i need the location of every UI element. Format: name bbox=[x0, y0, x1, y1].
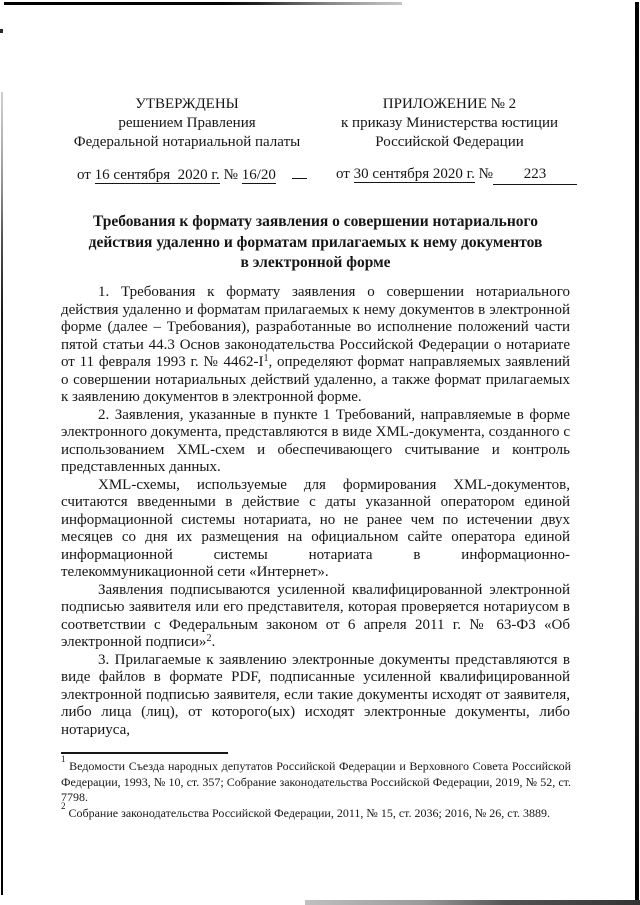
paragraph: 1. Требования к формату заявления о сове… bbox=[61, 284, 570, 407]
date-value-underlined: 30 сентября 2020 г. bbox=[354, 166, 475, 183]
footnote-text: Ведомости Съезда народных депутатов Росс… bbox=[61, 759, 571, 804]
document-page: УТВЕРЖДЕНЫ решением Правления Федерально… bbox=[0, 0, 640, 905]
paragraph: 3. Прилагаемые к заявлению электронные д… bbox=[61, 652, 570, 740]
approval-block: УТВЕРЖДЕНЫ решением Правления Федерально… bbox=[61, 95, 313, 185]
paragraph: 2. Заявления, указанные в пункте 1 Требо… bbox=[61, 407, 570, 477]
scan-artifact-bottom-edge bbox=[305, 900, 640, 905]
approval-line: УТВЕРЖДЕНЫ bbox=[61, 95, 313, 114]
annex-line: Российской Федерации bbox=[329, 133, 570, 152]
approval-line: Федеральной нотариальной палаты bbox=[61, 133, 313, 152]
footnote: 2 Собрание законодательства Российской Ф… bbox=[61, 806, 571, 822]
footnote-separator bbox=[61, 752, 228, 754]
footnote-marker: 2 bbox=[61, 801, 66, 811]
approval-line: решением Правления bbox=[61, 114, 313, 133]
footnote-ref: 1 bbox=[264, 353, 269, 364]
footnote-text: Собрание законодательства Российской Фед… bbox=[69, 806, 550, 820]
title-line: Требования к формату заявления о соверше… bbox=[61, 212, 570, 233]
approval-date-line: от 16 сентября 2020 г.№ 16/20 bbox=[61, 165, 313, 185]
date-prefix: от bbox=[77, 167, 91, 183]
document-title: Требования к формату заявления о соверше… bbox=[61, 212, 570, 274]
title-line: в электронной форме bbox=[61, 253, 570, 274]
scan-artifact-left-edge bbox=[1, 92, 3, 895]
scan-artifact-top-edge bbox=[4, 2, 402, 5]
paragraph: Заявления подписываются усиленной квалиф… bbox=[61, 582, 570, 652]
annex-line: к приказу Министерства юстиции bbox=[329, 114, 570, 133]
date-prefix: от bbox=[336, 166, 350, 182]
number-value-underlined: 16/20 bbox=[242, 167, 276, 184]
scan-artifact-left-tick bbox=[0, 29, 3, 33]
paragraph-text: Заявления подписываются усиленной квалиф… bbox=[61, 582, 570, 651]
number-value-underlined: 223 bbox=[493, 165, 577, 185]
footnote-marker: 1 bbox=[61, 754, 66, 764]
annex-line: ПРИЛОЖЕНИЕ № 2 bbox=[329, 95, 570, 114]
scan-artifact-right-edge bbox=[635, 2, 639, 905]
header: УТВЕРЖДЕНЫ решением Правления Федерально… bbox=[61, 95, 570, 185]
footnote-ref: 2 bbox=[206, 633, 211, 644]
footnote: 1 Ведомости Съезда народных депутатов Ро… bbox=[61, 759, 571, 806]
number-sign: № bbox=[224, 167, 238, 183]
document-body: 1. Требования к формату заявления о сове… bbox=[61, 284, 570, 739]
paragraph-text: 2. Заявления, указанные в пункте 1 Требо… bbox=[61, 407, 570, 476]
annex-date-line: от 30 сентября 2020 г. №223 bbox=[329, 165, 570, 185]
paragraph: XML-схемы, используемые для формирования… bbox=[61, 477, 570, 582]
date-value-underlined: 16 сентября 2020 г. bbox=[95, 167, 220, 184]
blank-underline bbox=[292, 165, 307, 179]
paragraph-text: 3. Прилагаемые к заявлению электронные д… bbox=[61, 652, 570, 738]
paragraph-text: . bbox=[211, 634, 215, 650]
footnotes: 1 Ведомости Съезда народных депутатов Ро… bbox=[61, 759, 571, 821]
paragraph-text: XML-схемы, используемые для формирования… bbox=[61, 477, 570, 581]
title-line: действия удаленно и форматам прилагаемых… bbox=[61, 233, 570, 254]
number-sign: № bbox=[479, 166, 493, 182]
annex-block: ПРИЛОЖЕНИЕ № 2 к приказу Министерства юс… bbox=[329, 95, 570, 185]
